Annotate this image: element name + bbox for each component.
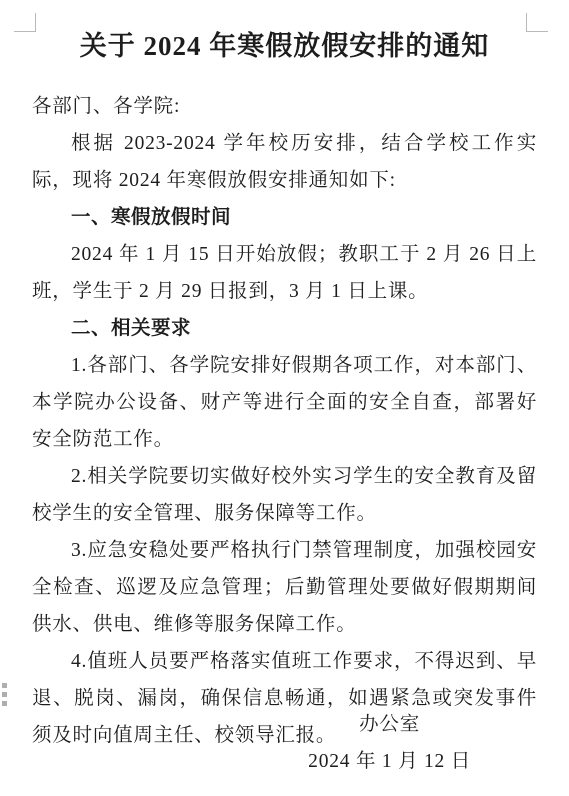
page-edge-dots-artifact (2, 683, 8, 710)
document-page: 关于 2024 年寒假放假安排的通知 各部门、各学院: 根据 2023-2024… (32, 0, 537, 754)
requirement-item: 1.各部门、各学院安排好假期各项工作，对本部门、本学院办公设备、财产等进行全面的… (32, 347, 537, 458)
requirement-item: 2.相关学院要切实做好校外实习学生的安全教育及留校学生的安全管理、服务保障等工作… (32, 458, 537, 532)
requirement-item: 3.应急安稳处要严格执行门禁管理制度，加强校园安全检查、巡逻及应急管理；后勤管理… (32, 532, 537, 643)
section-1-heading: 一、寒假放假时间 (32, 199, 537, 236)
edge-dot (2, 701, 7, 706)
section-2-heading: 二、相关要求 (32, 310, 537, 347)
section-1-paragraph: 2024 年 1 月 15 日开始放假；教职工于 2 月 26 日上班，学生于 … (32, 236, 537, 310)
document-title: 关于 2024 年寒假放假安排的通知 (32, 28, 537, 64)
signature-date: 2024 年 1 月 12 日 (308, 743, 471, 780)
salutation: 各部门、各学院: (32, 88, 537, 125)
intro-paragraph: 根据 2023-2024 学年校历安排，结合学校工作实际，现将 2024 年寒假… (32, 125, 537, 199)
signature-office: 办公室 (308, 706, 471, 743)
edge-dot (2, 683, 7, 688)
signature-block: 办公室 2024 年 1 月 12 日 (308, 706, 471, 780)
edge-dot (2, 692, 7, 697)
document-body: 各部门、各学院: 根据 2023-2024 学年校历安排，结合学校工作实际，现将… (32, 88, 537, 754)
